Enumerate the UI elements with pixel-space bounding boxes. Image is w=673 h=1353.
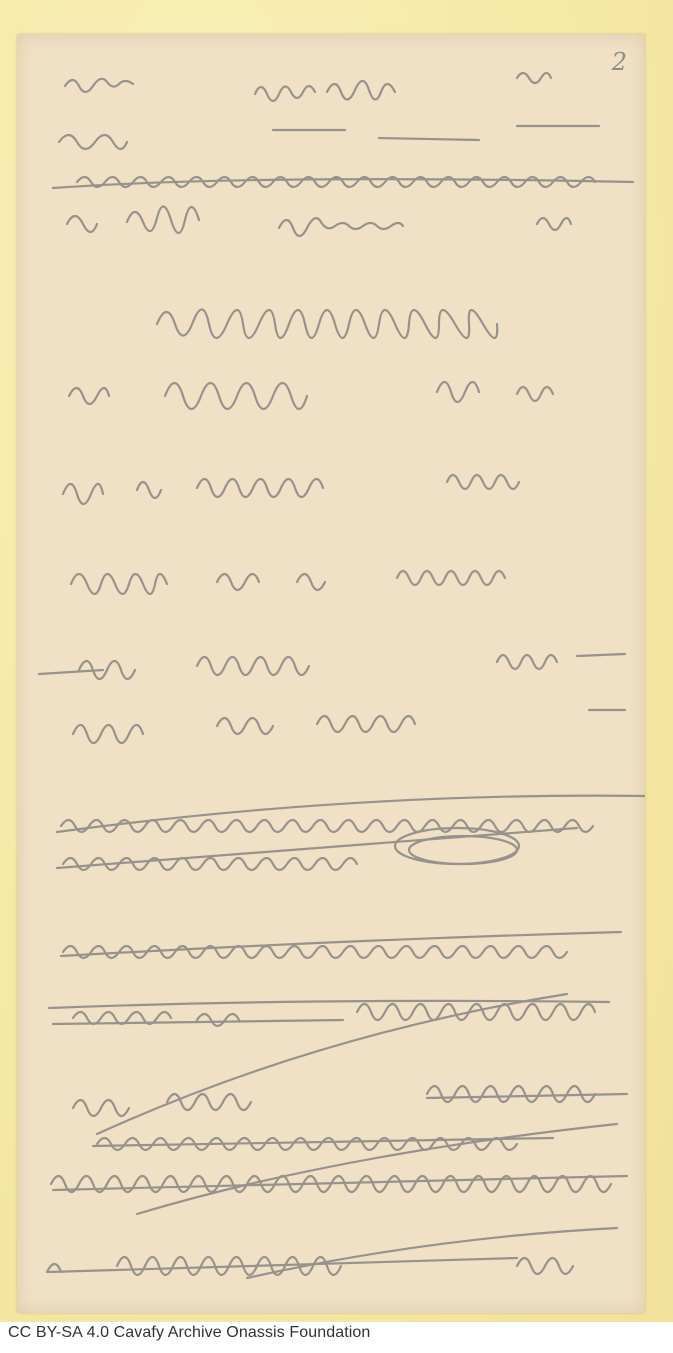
license-caption: CC BY-SA 4.0 Cavafy Archive Onassis Foun… [8,1324,370,1342]
scan-background: 2 [0,0,673,1322]
manuscript-page: 2 [17,34,645,1313]
handwriting [17,34,645,1313]
